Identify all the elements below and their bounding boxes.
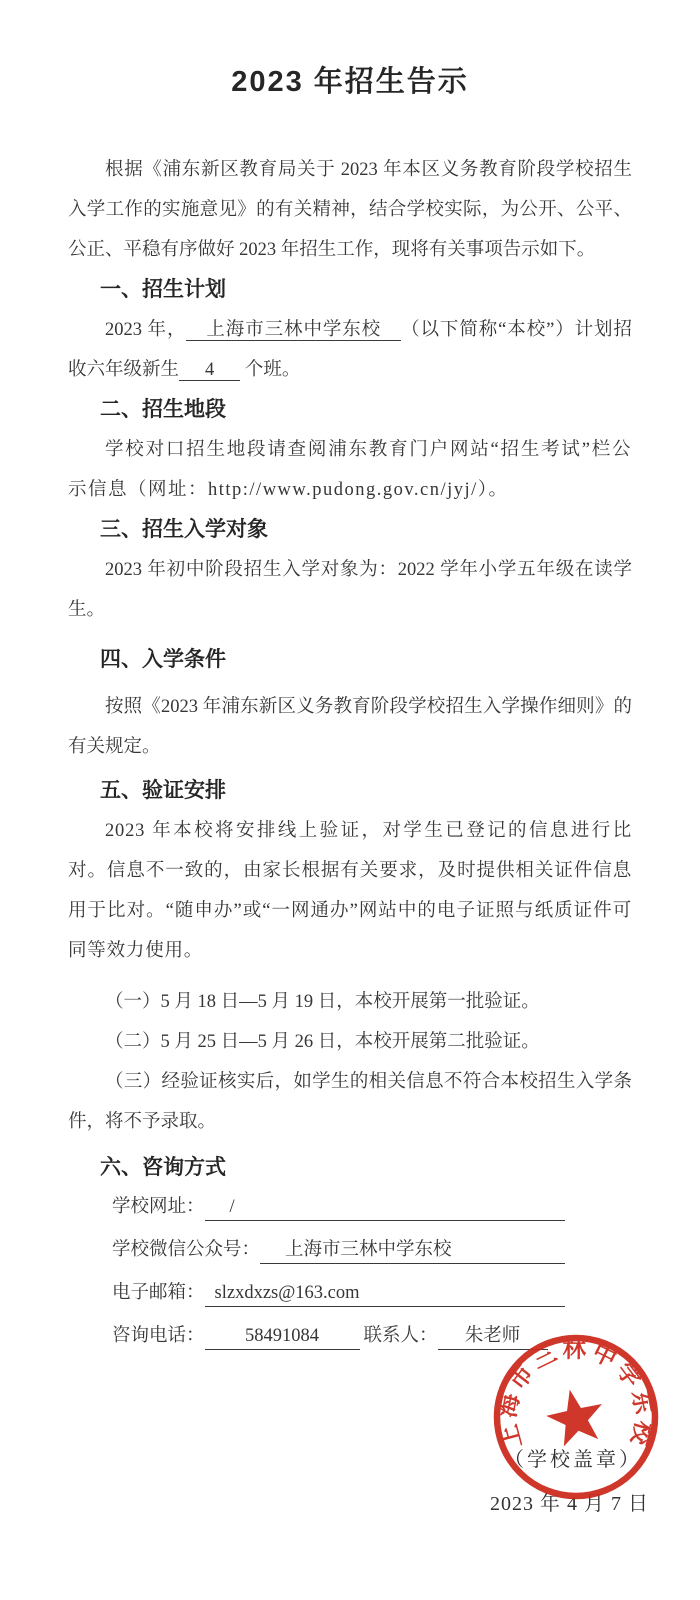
section-6-heading: 六、咨询方式: [68, 1148, 632, 1188]
intro-paragraph: 根据《浦东新区教育局关于 2023 年本区义务教育阶段学校招生入学工作的实施意见…: [68, 150, 632, 270]
contact-underline-phone: 58491084: [205, 1323, 360, 1350]
document-page: 2023 年招生告示 根据《浦东新区教育局关于 2023 年本区义务教育阶段学校…: [0, 0, 700, 1600]
section-1-heading: 一、招生计划: [68, 270, 632, 310]
contact-value-wechat: 上海市三林中学东校: [285, 1240, 452, 1260]
star-icon: [542, 1384, 609, 1449]
plan-suffix: 个班。: [240, 360, 300, 380]
verification-item-1: （一）5 月 18 日—5 月 19 日，本校开展第一批验证。: [68, 982, 632, 1022]
verification-item-3: （三）经验证核实后，如学生的相关信息不符合本校招生入学条件，将不予录取。: [68, 1062, 632, 1142]
contact-underline-website: /: [205, 1194, 565, 1221]
page-title: 2023 年招生告示: [68, 0, 632, 100]
contact-label-phone: 咨询电话：: [112, 1323, 205, 1349]
contact-label-person: 联系人：: [364, 1323, 438, 1349]
seal-ring-text: 上海市三林中学东校: [494, 1336, 659, 1452]
section-4-heading: 四、入学条件: [68, 640, 632, 680]
district-paragraph: 学校对口招生地段请查阅浦东教育门户网站“招生考试”栏公示信息（网址：http:/…: [68, 430, 632, 510]
seal-ring-text-holder: 上海市三林中学东校: [494, 1336, 659, 1452]
section-5-heading: 五、验证安排: [68, 771, 632, 811]
section-3-heading: 三、招生入学对象: [68, 510, 632, 550]
contact-value-email: slzxdxzs@163.com: [215, 1283, 360, 1303]
plan-prefix: 2023 年，: [105, 320, 186, 340]
contact-value-phone: 58491084: [245, 1326, 319, 1346]
verification-item-2: （二）5 月 25 日—5 月 26 日，本校开展第二批验证。: [68, 1022, 632, 1062]
contact-value-website: /: [230, 1197, 235, 1217]
school-seal-stamp: 上海市三林中学东校: [485, 1326, 667, 1508]
conditions-paragraph: 按照《2023 年浦东新区义务教育阶段学校招生入学操作细则》的有关规定。: [68, 687, 632, 767]
school-name-blank: 上海市三林中学东校: [186, 320, 401, 341]
contact-row-email: 电子邮箱： slzxdxzs@163.com: [68, 1274, 632, 1317]
contact-underline-email: slzxdxzs@163.com: [205, 1280, 565, 1307]
contact-label-wechat: 学校微信公众号：: [112, 1237, 260, 1263]
contact-row-website: 学校网址： /: [68, 1188, 632, 1231]
contact-row-wechat: 学校微信公众号： 上海市三林中学东校: [68, 1231, 632, 1274]
section-2-heading: 二、招生地段: [68, 390, 632, 430]
plan-paragraph: 2023 年，上海市三林中学东校（以下简称“本校”）计划招 收六年级新生4 个班…: [68, 310, 632, 390]
targets-paragraph: 2023 年初中阶段招生入学对象为：2022 学年小学五年级在读学生。: [68, 550, 632, 630]
contact-label-website: 学校网址：: [112, 1194, 205, 1220]
contact-label-email: 电子邮箱：: [112, 1280, 205, 1306]
class-count-blank: 4: [179, 360, 240, 381]
verification-paragraph: 2023 年本校将安排线上验证，对学生已登记的信息进行比对。信息不一致的，由家长…: [68, 811, 632, 971]
contact-underline-wechat: 上海市三林中学东校: [260, 1237, 565, 1264]
